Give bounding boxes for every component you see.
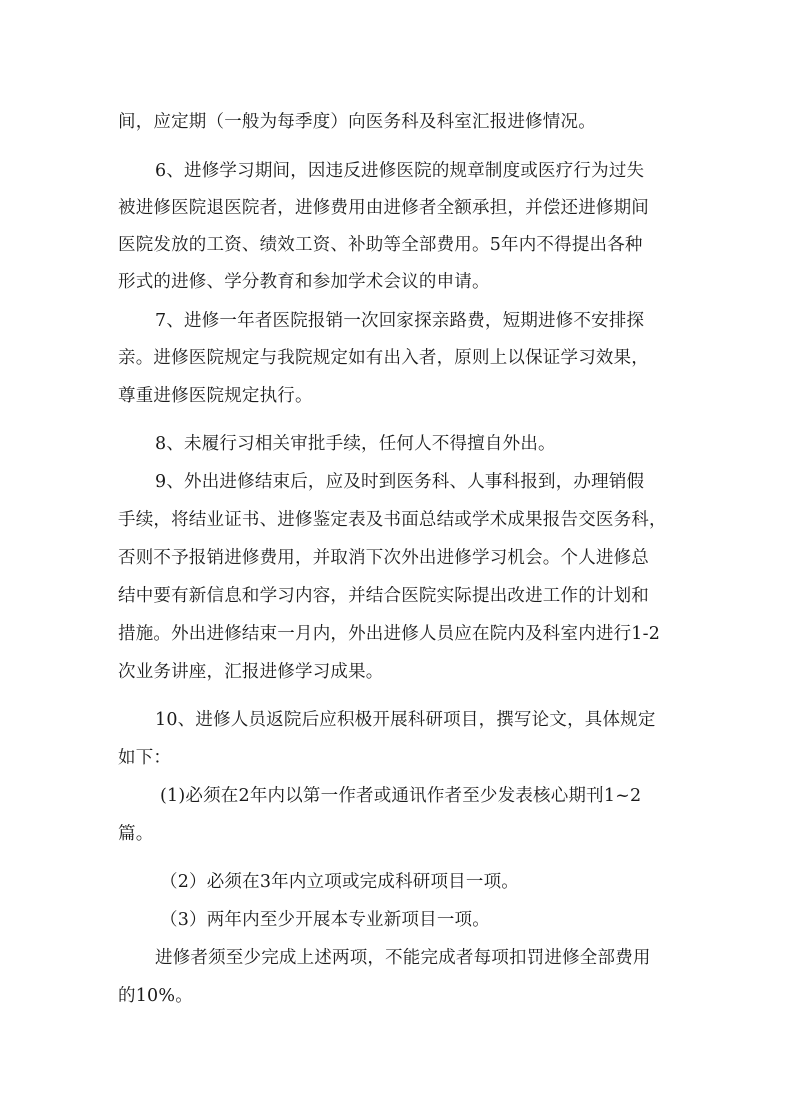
text-line: 医院发放的工资、绩效工资、补助等全部费用。5年内不得提出各种: [118, 234, 678, 256]
text-line: 8、未履行习相关审批手续，任何人不得擅自外出。: [155, 433, 715, 455]
text-line: 如下：: [118, 747, 678, 769]
text-line: 10、进修人员返院后应积极开展科研项目，撰写论文，具体规定: [155, 709, 715, 731]
text-line: （3）两年内至少开展本专业新项目一项。: [160, 909, 720, 931]
text-line: 进修者须至少完成上述两项，不能完成者每项扣罚进修全部费用: [155, 947, 715, 969]
text-line: 亲。进修医院规定与我院规定如有出入者，原则上以保证学习效果，: [118, 347, 678, 369]
text-line: (1)必须在2年内以第一作者或通讯作者至少发表核心期刊1~2: [160, 785, 720, 807]
text-line: 尊重进修医院规定执行。: [118, 385, 678, 407]
text-line: 被进修医院退医院者，进修费用由进修者全额承担，并偿还进修期间: [118, 197, 678, 219]
text-line: 措施。外出进修结束一月内，外出进修人员应在院内及科室内进行1-2: [118, 623, 678, 645]
text-line: 手续，将结业证书、进修鉴定表及书面总结或学术成果报告交医务科，: [118, 509, 678, 531]
text-line: 结中要有新信息和学习内容，并结合医院实际提出改进工作的计划和: [118, 585, 678, 607]
text-line: 次业务讲座，汇报进修学习成果。: [118, 661, 678, 683]
text-line: 的10%。: [118, 985, 678, 1007]
text-line: （2）必须在3年内立项或完成科研项目一项。: [160, 871, 720, 893]
text-line: 间，应定期（一般为每季度）向医务科及科室汇报进修情况。: [118, 111, 678, 133]
text-line: 6、进修学习期间，因违反进修医院的规章制度或医疗行为过失: [155, 160, 715, 182]
text-line: 7、进修一年者医院报销一次回家探亲路费，短期进修不安排探: [155, 310, 715, 332]
text-line: 篇。: [118, 823, 678, 845]
text-line: 形式的进修、学分教育和参加学术会议的申请。: [118, 271, 678, 293]
text-line: 否则不予报销进修费用，并取消下次外出进修学习机会。个人进修总: [118, 547, 678, 569]
text-line: 9、外出进修结束后，应及时到医务科、人事科报到，办理销假: [155, 471, 715, 493]
